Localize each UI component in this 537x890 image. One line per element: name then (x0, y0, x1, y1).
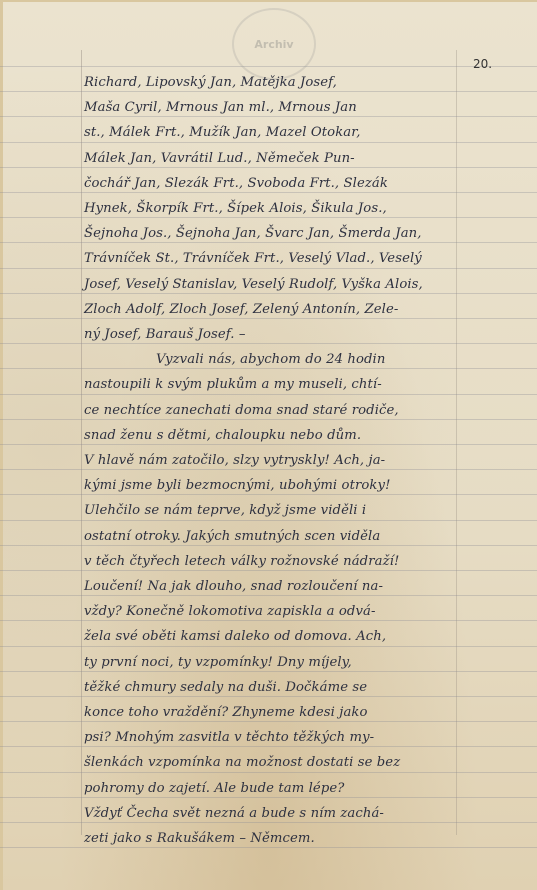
handwritten-line: nastoupili k svým plukům a my museli, ch… (84, 372, 464, 398)
handwritten-line: v těch čtyřech letech války rožnovské ná… (84, 549, 464, 575)
handwritten-line: st., Málek Frt., Mužík Jan, Mazel Otokar… (84, 120, 464, 146)
handwritten-line: vždy? Konečně lokomotiva zapiskla a odvá… (84, 599, 464, 625)
page-number: 20. (473, 57, 492, 71)
handwritten-line: ný Josef, Barauš Josef. – (84, 322, 464, 348)
handwritten-line: čochář Jan, Slezák Frt., Svoboda Frt., S… (84, 171, 464, 197)
handwritten-line: Šejnoha Jos., Šejnoha Jan, Švarc Jan, Šm… (84, 221, 464, 247)
handwritten-line: šlenkách vzpomínka na možnost dostati se… (84, 750, 464, 776)
handwritten-line: Josef, Veselý Stanislav, Veselý Rudolf, … (84, 272, 464, 298)
handwritten-line: ostatní otroky. Jakých smutných scen vid… (84, 524, 464, 550)
handwritten-line: Trávníček St., Trávníček Frt., Veselý Vl… (84, 246, 464, 272)
handwritten-line: Málek Jan, Vavrátil Lud., Němeček Pun- (84, 146, 464, 172)
stamp-text: Archiv (254, 38, 293, 51)
handwritten-line: Zloch Adolf, Zloch Josef, Zelený Antonín… (84, 297, 464, 323)
handwritten-line: ce nechtíce zanechati doma snad staré ro… (84, 398, 464, 424)
handwritten-line: V hlavě nám zatočilo, slzy vytryskly! Ac… (84, 448, 464, 474)
document-page: Archiv 20. Richard, Lipovský Jan, Matějk… (0, 0, 537, 890)
handwritten-line: Maša Cyril, Mrnous Jan ml., Mrnous Jan (84, 95, 464, 121)
handwritten-line: Loučení! Na jak dlouho, snad rozloučení … (84, 574, 464, 600)
page-edge-left (0, 0, 3, 890)
handwritten-line: Vždyť Čecha svět nezná a bude s ním zach… (84, 801, 464, 827)
handwritten-line: pohromy do zajetí. Ale bude tam lépe? (84, 776, 464, 802)
handwritten-line: Richard, Lipovský Jan, Matějka Josef, (84, 70, 464, 96)
handwritten-line: zeti jako s Rakušákem – Němcem. (84, 826, 464, 852)
handwritten-line: Vyzvali nás, abychom do 24 hodin (84, 347, 536, 373)
handwritten-line: snad ženu s dětmi, chaloupku nebo dům. (84, 423, 464, 449)
handwritten-line: Ulehčilo se nám teprve, když jsme viděli… (84, 498, 464, 524)
handwritten-line: těžké chmury sedaly na duši. Dočkáme se (84, 675, 464, 701)
handwritten-line: kými jsme byli bezmocnými, ubohými otrok… (84, 473, 464, 499)
page-edge-top (0, 0, 537, 2)
handwritten-line: Hynek, Škorpík Frt., Šípek Alois, Šikula… (84, 196, 464, 222)
handwritten-line: psi? Mnohým zasvitla v těchto těžkých my… (84, 725, 464, 751)
handwritten-line: konce toho vraždění? Zhyneme kdesi jako (84, 700, 464, 726)
handwritten-line: žela své oběti kamsi daleko od domova. A… (84, 624, 464, 650)
handwritten-line: ty první noci, ty vzpomínky! Dny míjely, (84, 650, 464, 676)
